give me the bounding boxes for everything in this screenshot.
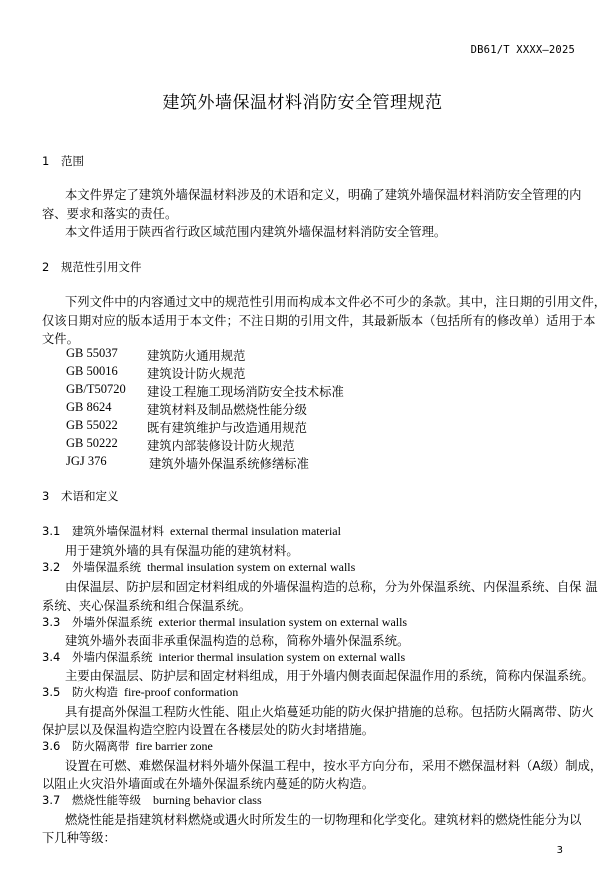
section-number: 1 — [42, 154, 61, 168]
term-zh: 防火构造 — [72, 685, 118, 699]
paragraph-line: 本文件界定了建筑外墙保温材料涉及的术语和定义，明确了建筑外墙保温材料消防安全管理… — [65, 185, 581, 203]
term-definition: 保护层以及保温构造空腔内设置在各楼层处的防火封堵措施。 — [42, 720, 374, 738]
term-definition: 以阻止火灾沿外墙面或在外墙外保温系统内蔓延的防火构造。 — [42, 774, 374, 792]
term-definition: 设置在可燃、难燃保温材料外墙外保温工程中，按水平方向分布，采用不燃保温材料（A级… — [65, 756, 602, 774]
section-number: 2 — [42, 260, 61, 274]
section-title: 规范性引用文件 — [61, 260, 142, 274]
term-heading: 3.4外墙内保温系统interior thermal insulation sy… — [42, 649, 405, 665]
term-en: exterior thermal insulation system on ex… — [159, 615, 408, 629]
reference-name: 建筑内部装修设计防火规范 — [147, 436, 295, 454]
reference-code: GB/T50720 — [66, 382, 126, 397]
reference-name: 建设工程施工现场消防安全技术标准 — [147, 382, 344, 400]
term-en: thermal insulation system on external wa… — [147, 560, 355, 574]
term-number: 3.2 — [42, 560, 72, 574]
term-definition: 燃烧性能是指建筑材料燃烧或遇火时所发生的一切物理和化学变化。建筑材料的燃烧性能分… — [65, 810, 581, 828]
reference-code: GB 50222 — [66, 436, 118, 451]
term-heading: 3.5防火构造fire-proof conformation — [42, 684, 238, 700]
term-zh: 燃烧性能等级 — [72, 793, 141, 807]
term-number: 3.1 — [42, 524, 72, 538]
section-number: 3 — [42, 489, 61, 503]
reference-name: 建筑材料及制品燃烧性能分级 — [147, 400, 307, 418]
term-heading: 3.7燃烧性能等级burning behavior class — [42, 792, 262, 808]
term-zh: 外墙外保温系统 — [72, 615, 153, 629]
term-en: external thermal insulation material — [170, 524, 341, 538]
reference-code: GB 8624 — [66, 400, 112, 415]
paragraph-line: 文件。 — [42, 329, 79, 347]
document-page: DB61/T XXXX—2025 建筑外墙保温材料消防安全管理规范 1范围 本文… — [0, 0, 605, 890]
term-en: burning behavior class — [153, 793, 262, 807]
term-number: 3.3 — [42, 615, 72, 629]
document-code: DB61/T XXXX—2025 — [471, 44, 575, 56]
reference-name: 建筑防火通用规范 — [147, 346, 245, 364]
term-definition: 用于建筑外墙的具有保温功能的建筑材料。 — [65, 541, 299, 559]
reference-name: 建筑外墙外保温系统修缮标准 — [149, 454, 309, 472]
reference-code: GB 55037 — [66, 346, 118, 361]
term-zh: 建筑外墙保温材料 — [72, 524, 164, 538]
term-definition: 主要由保温层、防护层和固定材料组成，用于外墙内侧表面起保温作用的系统，简称内保温… — [65, 666, 594, 684]
term-definition: 具有提高外保温工程防火性能、阻止火焰蔓延功能的防火保护措施的总称。包括防火隔离带… — [65, 702, 594, 720]
term-zh: 外墙保温系统 — [72, 560, 141, 574]
term-number: 3.6 — [42, 739, 72, 753]
reference-name: 建筑设计防火规范 — [147, 364, 245, 382]
reference-code: GB 55022 — [66, 418, 118, 433]
reference-name: 既有建筑维护与改造通用规范 — [147, 418, 307, 436]
section-title: 术语和定义 — [61, 489, 119, 503]
reference-code: JGJ 376 — [66, 454, 107, 469]
term-definition: 下几种等级： — [42, 828, 116, 846]
term-zh: 防火隔离带 — [72, 739, 130, 753]
section-title: 范围 — [61, 154, 84, 168]
term-heading: 3.2外墙保温系统thermal insulation system on ex… — [42, 559, 355, 575]
paragraph-line: 仅该日期对应的版本适用于本文件；不注日期的引用文件，其最新版本（包括所有的修改单… — [42, 311, 595, 329]
term-heading: 3.1建筑外墙保温材料external thermal insulation m… — [42, 523, 341, 539]
section-1-heading: 1范围 — [42, 153, 84, 169]
term-en: fire-proof conformation — [124, 685, 238, 699]
document-title: 建筑外墙保温材料消防安全管理规范 — [0, 88, 605, 113]
paragraph-line: 本文件适用于陕西省行政区域范围内建筑外墙保温材料消防安全管理。 — [65, 222, 446, 240]
term-heading: 3.6防火隔离带fire barrier zone — [42, 738, 213, 754]
term-number: 3.4 — [42, 650, 72, 664]
reference-code: GB 50016 — [66, 364, 118, 379]
section-3-heading: 3术语和定义 — [42, 488, 119, 504]
paragraph-line: 下列文件中的内容通过文中的规范性引用而构成本文件必不可少的条款。其中，注日期的引… — [65, 292, 605, 310]
paragraph-line: 容、要求和落实的责任。 — [42, 204, 177, 222]
term-definition: 由保温层、防护层和固定材料组成的外墙保温构造的总称，分为外保温系统、内保温系统、… — [65, 577, 598, 595]
term-definition: 建筑外墙外表面非承重保温构造的总称，简称外墙外保温系统。 — [65, 631, 409, 649]
term-en: fire barrier zone — [136, 739, 213, 753]
term-heading: 3.3外墙外保温系统exterior thermal insulation sy… — [42, 614, 407, 630]
term-zh: 外墙内保温系统 — [72, 650, 153, 664]
page-number: 3 — [557, 845, 563, 856]
term-number: 3.5 — [42, 685, 72, 699]
term-en: interior thermal insulation system on ex… — [159, 650, 406, 664]
term-number: 3.7 — [42, 793, 72, 807]
term-definition: 系统、夹心保温系统和组合保温系统。 — [42, 596, 251, 614]
section-2-heading: 2规范性引用文件 — [42, 259, 142, 275]
